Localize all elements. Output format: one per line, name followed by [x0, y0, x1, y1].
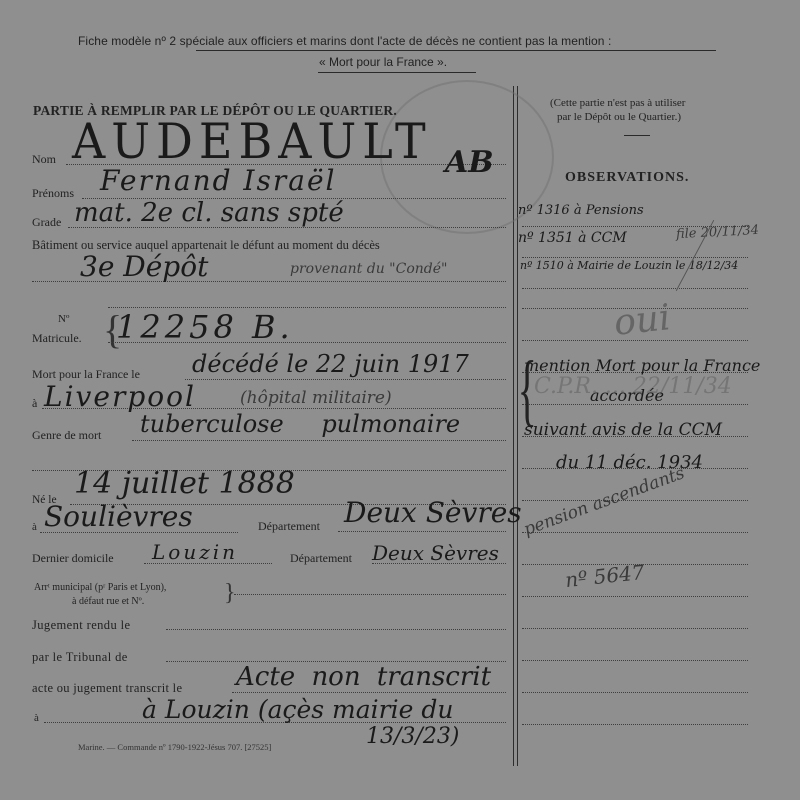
obs-dots-14 — [522, 628, 748, 629]
label-departement-naissance: Département — [258, 519, 320, 534]
label-jugement-rendu: Jugement rendu le — [32, 618, 130, 633]
dots-jugement-rendu — [166, 629, 506, 630]
dots-acte-transcrit — [232, 692, 506, 693]
value-genre-mort: tuberculose pulmonaire — [140, 410, 460, 438]
value-nom: AUDEBAULT — [72, 113, 432, 170]
label-ne-a: à — [32, 521, 37, 533]
label-matricule: Matricule. — [32, 331, 82, 346]
value-ne-le: 14 juillet 1888 — [74, 466, 295, 501]
label-departement-domicile: Département — [290, 551, 352, 566]
value-transcrit-a-2: 13/3/23) — [366, 724, 459, 749]
header-line-1: Fiche modèle nº 2 spéciale aux officiers… — [78, 34, 611, 48]
right-note-1: (Cette partie n'est pas à utiliser — [550, 97, 685, 109]
obs-dots-3 — [522, 288, 748, 289]
value-transcrit-a: à Louzin (açès mairie du — [142, 695, 453, 724]
obs-dots-11 — [522, 532, 748, 533]
label-dernier-domicile: Dernier domicile — [32, 551, 114, 566]
obs-dots-15 — [522, 660, 748, 661]
header-line-2: « Mort pour la France ». — [319, 55, 447, 69]
mention-line-1: mention Mort pour la France — [524, 356, 760, 375]
ascendants-note: pension ascendants — [521, 463, 687, 540]
obs-dots-13 — [522, 596, 748, 597]
obs-entry-2: nº 1351 à CCM — [518, 230, 627, 246]
obs-dots-2 — [522, 257, 748, 258]
header-underline-1 — [196, 50, 716, 51]
value-departement-domicile: Deux Sèvres — [372, 541, 499, 565]
value-batiment: 3e Dépôt — [80, 250, 208, 283]
right-short-rule — [624, 135, 650, 136]
note-batiment: provenant du "Condé" — [290, 261, 447, 277]
obs-entry-4: file 20/11/34 — [676, 223, 760, 242]
value-departement-naissance: Deux Sèvres — [344, 496, 522, 529]
observations-title: OBSERVATIONS. — [565, 170, 689, 186]
header-underline-2 — [318, 72, 476, 73]
note-lieu-deces: (hôpital militaire) — [240, 388, 392, 408]
value-lieu-deces: Liverpool — [44, 380, 196, 413]
obs-entry-1: nº 1316 à Pensions — [518, 203, 644, 218]
value-dernier-domicile: Louzin — [152, 540, 238, 564]
value-acte-transcrit: Acte non transcrit — [236, 662, 491, 692]
obs-dots-17 — [522, 724, 748, 725]
label-tribunal: par le Tribunal de — [32, 650, 128, 665]
mention-line-2: accordée — [590, 386, 664, 405]
label-prenoms: Prénoms — [32, 186, 74, 201]
label-genre-mort: Genre de mort — [32, 428, 101, 443]
value-ne-a: Soulièvres — [44, 500, 193, 533]
mention-line-3: suivant avis de la CCM — [524, 420, 722, 440]
label-arrondissement-1: Arrᵗ municipal (pʳ Paris et Lyon), — [34, 582, 166, 593]
dots-departement-naissance — [338, 531, 506, 532]
label-matricule-no: Nº — [58, 313, 69, 325]
right-note-2: par le Dépôt ou le Quartier.) — [557, 111, 681, 123]
footer-imprint: Marine. — Commande nº 1790-1922-Jésus 70… — [78, 742, 271, 752]
label-grade: Grade — [32, 215, 61, 230]
label-nom: Nom — [32, 152, 56, 167]
obs-dots-16 — [522, 692, 748, 693]
label-lieu-deces: à — [32, 396, 37, 411]
oui-stamp: oui — [612, 297, 672, 344]
label-arrondissement-2: à défaut rue et Nº. — [72, 596, 144, 607]
value-grade: mat. 2e cl. sans spté — [74, 198, 344, 228]
value-mort: décédé le 22 juin 1917 — [192, 350, 469, 378]
obs-entry-3: nº 1510 à Mairie de Louzin le 18/12/34 — [520, 259, 738, 272]
dots-arrondissement — [234, 594, 506, 595]
dots-mort — [185, 379, 506, 380]
label-transcrit-a: à — [34, 712, 39, 724]
label-acte-transcrit: acte ou jugement transcrit le — [32, 681, 182, 696]
initials-signature: AB — [445, 145, 494, 180]
value-prenoms: Fernand Israël — [100, 164, 336, 197]
dots-genre-mort — [132, 440, 506, 441]
value-matricule: 12258 B. — [116, 308, 294, 346]
